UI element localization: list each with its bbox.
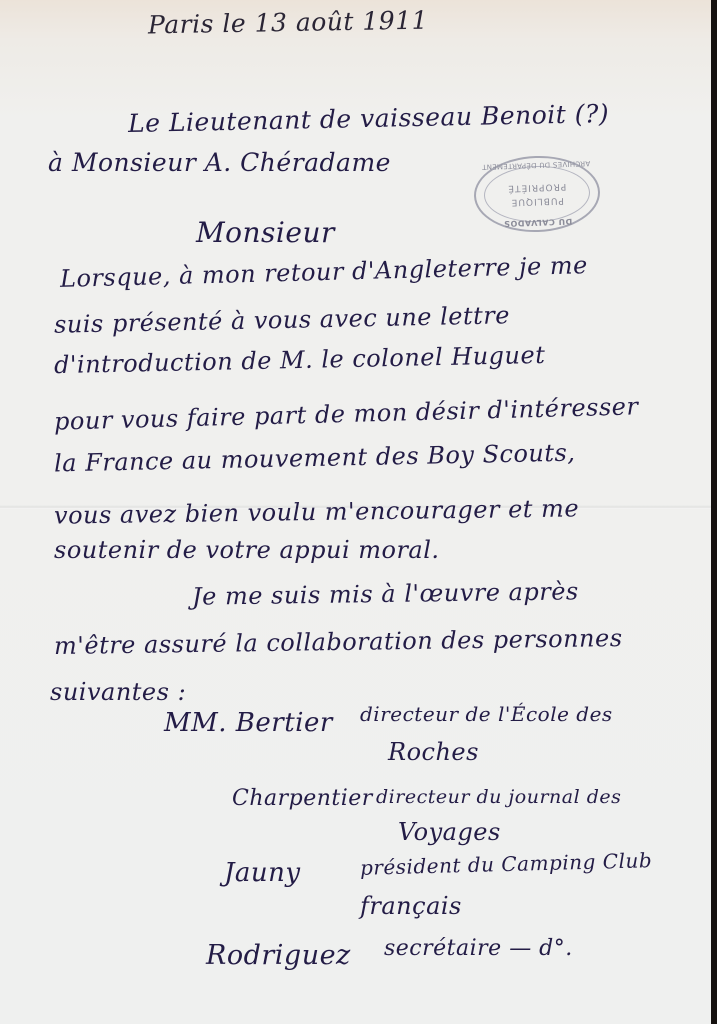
collaborator-name: Charpentier — [232, 786, 373, 811]
collaborator-role: directeur du journal des — [376, 786, 621, 808]
archive-stamp: DU CALVADOS PUBLIQUE PROPRIÉTÉ ARCHIVES … — [473, 154, 602, 234]
body-line: Lorsque, à mon retour d'Angleterre je me — [60, 251, 588, 293]
salutation: Monsieur — [196, 216, 335, 249]
body-line: pour vous faire part de mon désir d'inté… — [54, 392, 639, 435]
collaborator-role-cont: Voyages — [398, 818, 501, 846]
letter-page: Paris le 13 août 1911 Le Lieutenant de v… — [0, 0, 711, 1024]
sender-line: Le Lieutenant de vaisseau Benoit (?) — [128, 99, 610, 138]
collaborator-role: président du Camping Club — [360, 848, 653, 880]
collaborator-role: secrétaire — d°. — [384, 936, 573, 961]
body-line: soutenir de votre appui moral. — [54, 536, 440, 564]
body-line: vous avez bien voulu m'encourager et me — [54, 494, 579, 529]
collaborator-name: Jauny — [224, 858, 301, 888]
body-line: d'introduction de M. le colonel Huguet — [54, 341, 546, 379]
body-line: Je me suis mis à l'œuvre après — [192, 577, 579, 610]
collaborator-role-cont: Roches — [388, 738, 479, 766]
collaborator-name: Rodriguez — [206, 940, 351, 971]
body-line: la France au mouvement des Boy Scouts, — [54, 439, 576, 478]
body-line: suivantes : — [50, 678, 186, 706]
body-line: m'être assuré la collaboration des perso… — [54, 624, 623, 660]
collaborator-role: directeur de l'École des — [360, 702, 613, 726]
stamp-top-text: DU CALVADOS — [477, 216, 599, 229]
collaborator-name: MM. Bertier — [164, 708, 333, 738]
collaborator-role-cont: français — [360, 892, 462, 920]
dateline: Paris le 13 août 1911 — [148, 6, 428, 40]
recipient-line: à Monsieur A. Chéradame — [48, 148, 391, 177]
body-line: suis présenté à vous avec une lettre — [54, 301, 510, 339]
paper-edge-shadow — [711, 0, 717, 1024]
